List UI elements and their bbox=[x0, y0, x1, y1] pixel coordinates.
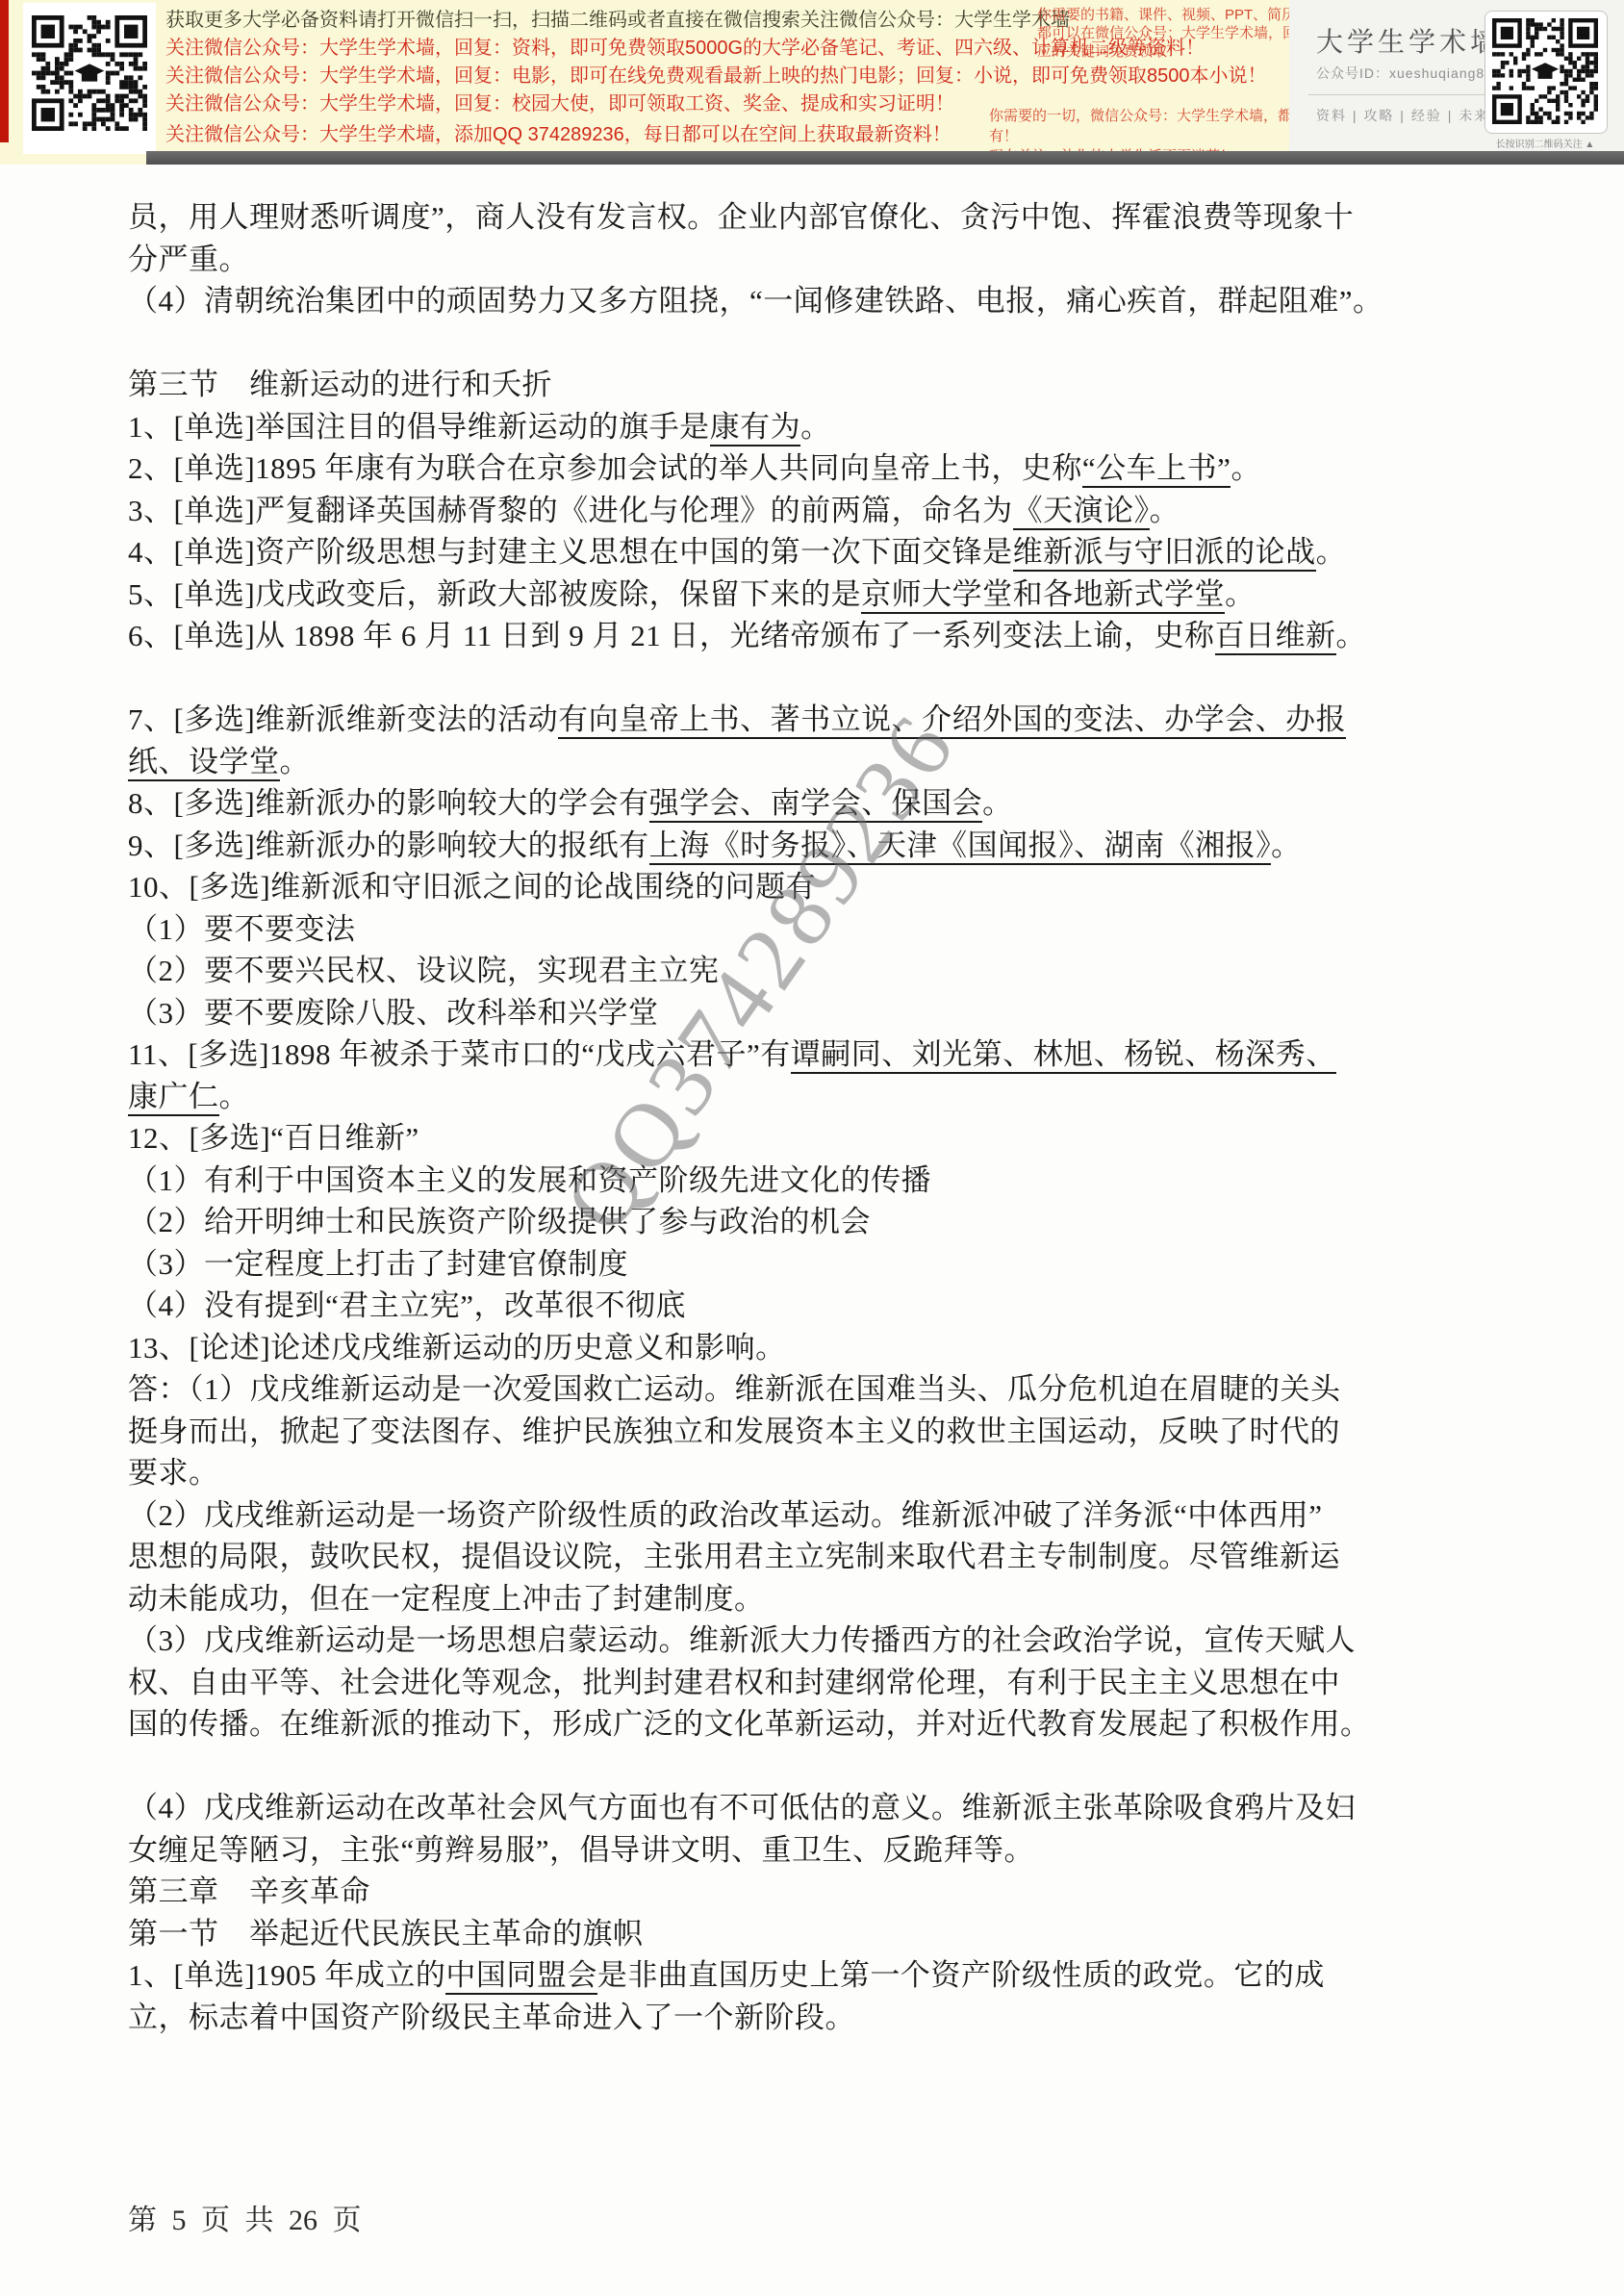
document-line: （3）一定程度上打击了封建官僚制度 bbox=[128, 1243, 1498, 1286]
text-segment: 。 bbox=[982, 786, 1013, 820]
text-segment: 立，标志着中国资产阶级民主革命进入了一个新阶段。 bbox=[128, 2001, 855, 2034]
document-line: （2）戊戌维新运动是一场资产阶级性质的政治改革运动。维新派冲破了洋务派“中体西用… bbox=[128, 1494, 1498, 1537]
document-line: （2）给开明绅士和民族资产阶级提供了参与政治的机会 bbox=[128, 1201, 1498, 1243]
document-line: 康广仁。 bbox=[128, 1076, 1498, 1118]
text-segment: 8、[多选]维新派办的影响较大的学会有 bbox=[128, 786, 649, 820]
promo-banner: 获取更多大学必备资料请打开微信扫一扫，扫描二维码或者直接在微信搜索关注微信公众号… bbox=[0, 0, 1624, 165]
document-line: 8、[多选]维新派办的影响较大的学会有强学会、南学会、保国会。 bbox=[128, 782, 1498, 825]
text-segment: 11、[多选]1898 年被杀于菜市口的“戊戌六君子”有 bbox=[128, 1037, 791, 1071]
text-segment: （4）戊戌维新运动在改革社会风气方面也有不可低估的意义。维新派主张革除吸食鸦片及… bbox=[128, 1791, 1356, 1824]
wechat-account-card: 大学生学术墙 公众号ID：xueshuqiang8888 资料 | 攻略 | 经… bbox=[1289, 0, 1624, 151]
account-id: 公众号ID：xueshuqiang8888 bbox=[1316, 64, 1510, 83]
document-line: 思想的局限，鼓吹民权，提倡设议院，主张用君主立宪制来取代君主专制制度。尽管维新运 bbox=[128, 1536, 1498, 1578]
document-line: （1）要不要变法 bbox=[128, 908, 1498, 951]
document-line: 1、[单选]举国注目的倡导维新运动的旗手是康有为。 bbox=[128, 406, 1498, 448]
document-line: 5、[单选]戊戌政变后，新政大部被废除，保留下来的是京师大学堂和各地新式学堂。 bbox=[128, 574, 1498, 616]
text-segment: （1）要不要变法 bbox=[128, 912, 356, 946]
document-line: （4）清朝统治集团中的顽固势力又多方阻挠，“一闻修建铁路、电报，痛心疾首，群起阻… bbox=[128, 280, 1498, 322]
document-line: 权、自由平等、社会进化等观念，批判封建君权和封建纲常伦理，有利于民主主义思想在中 bbox=[128, 1662, 1498, 1704]
document-line: 9、[多选]维新派办的影响较大的报纸有上海《时务报》、天津《国闻报》、湖南《湘报… bbox=[128, 825, 1498, 867]
document-line: 分严重。 bbox=[128, 239, 1498, 281]
text-segment: 12、[多选]“百日维新” bbox=[128, 1121, 419, 1155]
qr-code-left bbox=[23, 3, 156, 154]
text-segment: 。 bbox=[800, 410, 831, 444]
text-segment: 1、[单选]1905 年成立的 bbox=[128, 1958, 445, 1992]
banner-bottom-strip bbox=[146, 151, 1624, 165]
text-segment: 5、[单选]戊戌政变后，新政大部被废除，保留下来的是 bbox=[128, 577, 861, 611]
text-segment: 第三节 维新运动的进行和夭折 bbox=[128, 368, 552, 401]
document-page: 获取更多大学必备资料请打开微信扫一扫，扫描二维码或者直接在微信搜索关注微信公众号… bbox=[0, 0, 1624, 2295]
card-divider bbox=[1308, 94, 1486, 95]
text-segment: 。 bbox=[1225, 577, 1256, 611]
promo-line-3: 关注微信公众号：大学生学术墙，回复：电影，即可在线免费观看最新上映的热门电影；回… bbox=[165, 63, 1267, 90]
text-segment: 13、[论述]论述戊戌维新运动的历史意义和影响。 bbox=[128, 1331, 786, 1364]
document-line: 女缠足等陋习，主张“剪辫易服”，倡导讲文明、重卫生、反跪拜等。 bbox=[128, 1829, 1498, 1872]
text-segment: 6、[单选]从 1898 年 6 月 11 日到 9 月 21 日，光绪帝颁布了… bbox=[128, 619, 1215, 652]
document-line: （4）戊戌维新运动在改革社会风气方面也有不可低估的意义。维新派主张革除吸食鸦片及… bbox=[128, 1787, 1498, 1829]
document-line: 1、[单选]1905 年成立的中国同盟会是非曲直国历史上第一个资产阶级性质的政党… bbox=[128, 1954, 1498, 1997]
qr-pattern bbox=[32, 15, 147, 131]
text-segment: 要求。 bbox=[128, 1456, 219, 1490]
text-segment: 。 bbox=[280, 745, 311, 778]
document-line: 立，标志着中国资产阶级民主革命进入了一个新阶段。 bbox=[128, 1997, 1498, 2039]
text-segment: （4）没有提到“君主立宪”，改革很不彻底 bbox=[128, 1288, 686, 1322]
document-line: 13、[论述]论述戊戌维新运动的历史意义和影响。 bbox=[128, 1327, 1498, 1369]
text-segment: （1）有利于中国资本主义的发展和资产阶级先进文化的传播 bbox=[128, 1163, 931, 1197]
text-segment: 动未能成功，但在一定程度上冲击了封建制度。 bbox=[128, 1582, 765, 1616]
document-line: 10、[多选]维新派和守旧派之间的论战围绕的问题有 bbox=[128, 866, 1498, 908]
text-segment: 女缠足等陋习，主张“剪辫易服”，倡导讲文明、重卫生、反跪拜等。 bbox=[128, 1833, 1034, 1867]
underlined-text: “公车上书” bbox=[1082, 451, 1231, 488]
document-line: 4、[单选]资产阶级思想与封建主义思想在中国的第一次下面交锋是维新派与守旧派的论… bbox=[128, 531, 1498, 574]
text-segment: 是非曲直国历史上第一个资产阶级性质的政党。它的成 bbox=[597, 1958, 1325, 1992]
text-segment: （3）一定程度上打击了封建官僚制度 bbox=[128, 1247, 628, 1281]
text-segment: （3）戊戌维新运动是一场思想启蒙运动。维新派大力传播西方的社会政治学说，宣传天赋… bbox=[128, 1623, 1356, 1657]
document-line: （3）要不要废除八股、改科举和兴学堂 bbox=[128, 992, 1498, 1034]
text-segment: 国的传播。在维新派的推动下，形成广泛的文化革新运动，并对近代教育发展起了积极作用… bbox=[128, 1707, 1371, 1741]
text-segment: 。 bbox=[1231, 451, 1261, 485]
text-segment: （3）要不要废除八股、改科举和兴学堂 bbox=[128, 996, 659, 1030]
text-segment: 7、[多选]维新派维新变法的活动 bbox=[128, 702, 558, 736]
text-segment: 权、自由平等、社会进化等观念，批判封建君权和封建纲常伦理，有利于民主主义思想在中 bbox=[128, 1666, 1340, 1699]
text-segment: 。 bbox=[219, 1080, 250, 1113]
underlined-text: 康广仁 bbox=[128, 1080, 219, 1116]
underlined-text: 上海《时务报》、天津《国闻报》、湖南《湘报》 bbox=[649, 829, 1272, 865]
text-segment: 员，用人理财悉听调度”，商人没有发言权。企业内部官僚化、贪污中饱、挥霍浪费等现象… bbox=[128, 200, 1354, 234]
underlined-text: 有向皇帝上书、著书立说、介绍外国的变法、办学会、办报 bbox=[558, 702, 1346, 739]
qr-pattern bbox=[1492, 18, 1598, 124]
text-segment: 1、[单选]举国注目的倡导维新运动的旗手是 bbox=[128, 410, 710, 444]
document-line: 第三节 维新运动的进行和夭折 bbox=[128, 364, 1498, 406]
text-segment: 挺身而出，掀起了变法图存、维护民族独立和发展资本主义的救世主国运动，反映了时代的 bbox=[128, 1415, 1340, 1448]
document-line: （4）没有提到“君主立宪”，改革很不彻底 bbox=[128, 1285, 1498, 1327]
document-line: 12、[多选]“百日维新” bbox=[128, 1117, 1498, 1160]
document-line: 答：（1）戊戌维新运动是一次爱国救亡运动。维新派在国难当头、瓜分危机迫在眉睫的关… bbox=[128, 1368, 1498, 1411]
document-body: 员，用人理财悉听调度”，商人没有发言权。企业内部官僚化、贪污中饱、挥霍浪费等现象… bbox=[128, 196, 1498, 2038]
document-line: 要求。 bbox=[128, 1452, 1498, 1494]
qr-code-right bbox=[1484, 11, 1608, 134]
document-line: 纸、设学堂。 bbox=[128, 741, 1498, 783]
page-number: 第 5 页 共 26 页 bbox=[128, 2196, 362, 2238]
text-segment: 第三章 辛亥革命 bbox=[128, 1874, 370, 1908]
document-line: 第三章 辛亥革命 bbox=[128, 1871, 1498, 1913]
text-segment: （2）给开明绅士和民族资产阶级提供了参与政治的机会 bbox=[128, 1205, 871, 1238]
underlined-text: 《天演论》 bbox=[1013, 494, 1150, 530]
document-line: 国的传播。在维新派的推动下，形成广泛的文化革新运动，并对近代教育发展起了积极作用… bbox=[128, 1703, 1498, 1746]
document-line: （1）有利于中国资本主义的发展和资产阶级先进文化的传播 bbox=[128, 1160, 1498, 1202]
blank-line bbox=[128, 657, 1498, 700]
document-line: 动未能成功，但在一定程度上冲击了封建制度。 bbox=[128, 1578, 1498, 1620]
text-segment: 。 bbox=[1316, 535, 1347, 569]
account-name: 大学生学术墙 bbox=[1316, 21, 1501, 60]
qr-caption: 长按识别二维码关注 ▲ bbox=[1482, 136, 1609, 150]
document-line: 7、[多选]维新派维新变法的活动有向皇帝上书、著书立说、介绍外国的变法、办学会、… bbox=[128, 699, 1498, 741]
text-segment: 9、[多选]维新派办的影响较大的报纸有 bbox=[128, 829, 649, 862]
text-segment: （2）要不要兴民权、设议院，实现君主立宪 bbox=[128, 954, 720, 987]
document-line: 11、[多选]1898 年被杀于菜市口的“戊戌六君子”有谭嗣同、刘光第、林旭、杨… bbox=[128, 1033, 1498, 1076]
underlined-text: 谭嗣同、刘光第、林旭、杨锐、杨深秀、 bbox=[791, 1037, 1336, 1074]
document-line: 员，用人理财悉听调度”，商人没有发言权。企业内部官僚化、贪污中饱、挥霍浪费等现象… bbox=[128, 196, 1498, 239]
text-segment: 3、[单选]严复翻译英国赫胥黎的《进化与伦理》的前两篇，命名为 bbox=[128, 494, 1013, 527]
text-segment: （2）戊戌维新运动是一场资产阶级性质的政治改革运动。维新派冲破了洋务派“中体西用… bbox=[128, 1498, 1323, 1532]
underlined-text: 百日维新 bbox=[1215, 619, 1336, 655]
underlined-text: 康有为 bbox=[710, 410, 801, 446]
text-segment: 。 bbox=[1271, 829, 1302, 862]
left-red-bar bbox=[0, 0, 9, 142]
text-segment: 分严重。 bbox=[128, 242, 249, 276]
document-line: 2、[单选]1895 年康有为联合在京参加会试的举人共同向皇帝上书，史称“公车上… bbox=[128, 447, 1498, 490]
blank-line bbox=[128, 322, 1498, 365]
document-line: 挺身而出，掀起了变法图存、维护民族独立和发展资本主义的救世主国运动，反映了时代的 bbox=[128, 1411, 1498, 1453]
document-line: （3）戊戌维新运动是一场思想启蒙运动。维新派大力传播西方的社会政治学说，宣传天赋… bbox=[128, 1619, 1498, 1662]
text-segment: 4、[单选]资产阶级思想与封建主义思想在中国的第一次下面交锋是 bbox=[128, 535, 1013, 569]
text-segment: 第一节 举起近代民族民主革命的旗帜 bbox=[128, 1917, 644, 1951]
text-segment: 答：（1）戊戌维新运动是一次爱国救亡运动。维新派在国难当头、瓜分危机迫在眉睫的关… bbox=[128, 1372, 1341, 1406]
text-segment: 2、[单选]1895 年康有为联合在京参加会试的举人共同向皇帝上书，史称 bbox=[128, 451, 1082, 485]
underlined-text: 京师大学堂和各地新式学堂 bbox=[861, 577, 1225, 614]
document-line: 3、[单选]严复翻译英国赫胥黎的《进化与伦理》的前两篇，命名为《天演论》。 bbox=[128, 490, 1498, 532]
document-line: 第一节 举起近代民族民主革命的旗帜 bbox=[128, 1913, 1498, 1955]
text-segment: 10、[多选]维新派和守旧派之间的论战围绕的问题有 bbox=[128, 870, 816, 904]
text-segment: 。 bbox=[1150, 494, 1180, 527]
account-tags: 资料 | 攻略 | 经验 | 未来 bbox=[1316, 106, 1489, 125]
text-segment: 思想的局限，鼓吹民权，提倡设议院，主张用君主立宪制来取代君主专制制度。尽管维新运 bbox=[128, 1540, 1340, 1573]
document-line: （2）要不要兴民权、设议院，实现君主立宪 bbox=[128, 950, 1498, 992]
document-line: 6、[单选]从 1898 年 6 月 11 日到 9 月 21 日，光绪帝颁布了… bbox=[128, 615, 1498, 657]
blank-line bbox=[128, 1746, 1498, 1788]
underlined-text: 维新派与守旧派的论战 bbox=[1013, 535, 1316, 572]
text-segment: （4）清朝统治集团中的顽固势力又多方阻挠，“一闻修建铁路、电报，痛心疾首，群起阻… bbox=[128, 284, 1383, 318]
text-segment: 。 bbox=[1336, 619, 1367, 652]
side-note-bottom-line-1: 你需要的一切，微信公众号：大学生学术墙，都有！ bbox=[989, 106, 1307, 146]
underlined-text: 中国同盟会 bbox=[445, 1958, 597, 1995]
underlined-text: 强学会、南学会、保国会 bbox=[649, 786, 983, 823]
underlined-text: 纸、设学堂 bbox=[128, 745, 280, 781]
